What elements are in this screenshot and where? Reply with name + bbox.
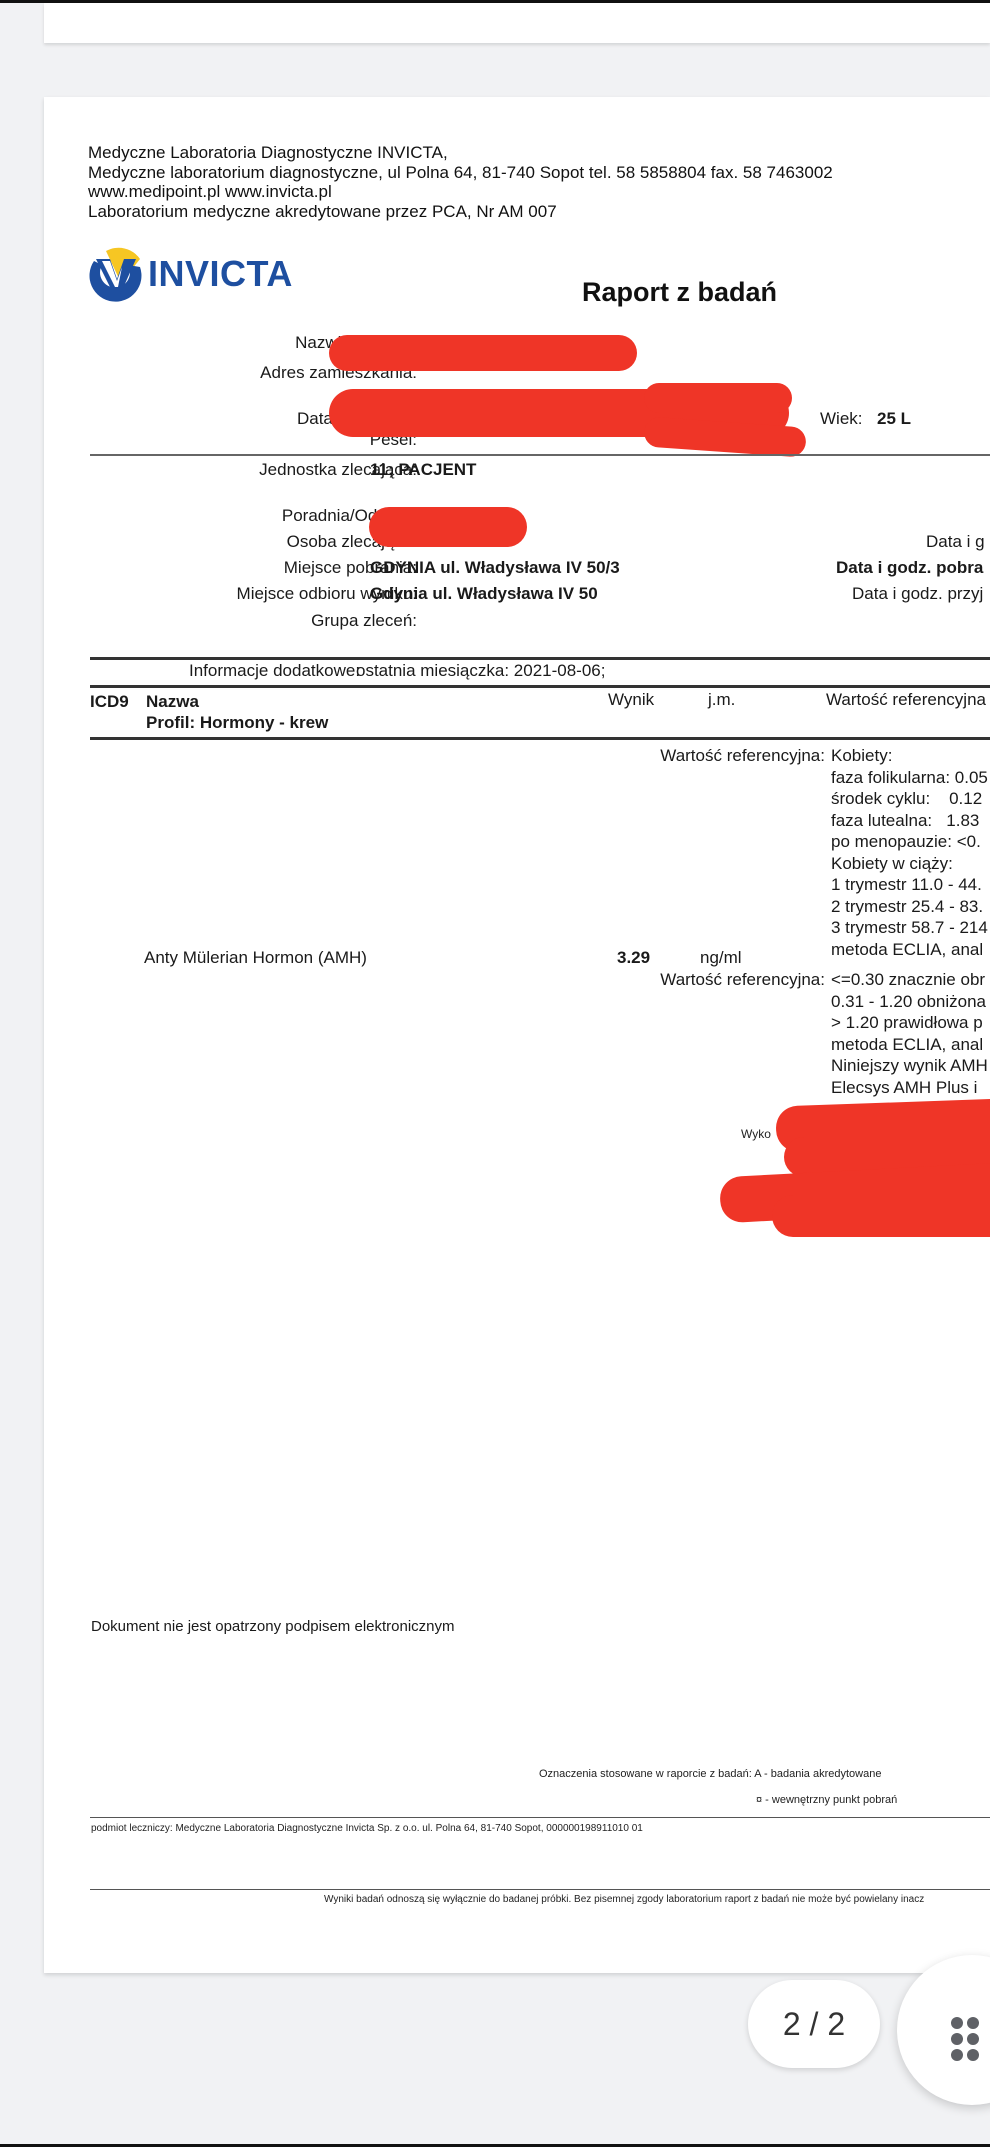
- divider: [90, 737, 990, 740]
- page-title: Raport z badań: [582, 277, 777, 308]
- profile-name: Profil: Hormony - krew: [146, 713, 328, 733]
- col-result: Wynik: [608, 690, 654, 710]
- redaction-birth-date-extra: [644, 383, 792, 413]
- test-unit: ng/ml: [700, 948, 742, 968]
- order-date-label: Data i g: [926, 532, 985, 552]
- col-name: Nazwa: [146, 692, 199, 712]
- legend-internal-point: ¤ - wewnętrzny punkt pobrań: [756, 1794, 897, 1806]
- reference-label: Wartość referencyjna:: [660, 745, 825, 767]
- reference-line: Niniejszy wynik AMH: [831, 1055, 988, 1077]
- age-value: 25 L: [877, 409, 911, 429]
- age-label: Wiek:: [820, 409, 863, 429]
- redaction-name: [329, 335, 637, 371]
- reference-line: 0.31 - 1.20 obniżona: [831, 991, 988, 1013]
- reference-label: Wartość referencyjna:: [660, 969, 825, 991]
- header-line: Laboratorium medyczne akredytowane przez…: [88, 202, 833, 222]
- divider: [90, 1889, 990, 1890]
- header-line: www.medipoint.pl www.invicta.pl: [88, 182, 833, 202]
- grid-dots-icon: [951, 2017, 979, 2061]
- header-line: Medyczne laboratorium diagnostyczne, ul …: [88, 163, 833, 183]
- page-indicator[interactable]: 2 / 2: [748, 1980, 880, 2068]
- invicta-v-logo-icon: [88, 247, 144, 303]
- divider: [90, 1817, 990, 1818]
- extra-info-value: ostatnia miesiączka: 2021-08-06;: [356, 661, 605, 681]
- legend-accredited: Oznaczenia stosowane w raporcie z badań:…: [539, 1768, 881, 1780]
- reference-line: Kobiety:: [831, 745, 988, 767]
- reference-line: Kobiety w ciąży:: [831, 853, 988, 875]
- receipt-date-label: Data i godz. przyj: [852, 584, 983, 604]
- reference-line: faza folikularna: 0.05: [831, 767, 988, 789]
- reference-line: 2 trymestr 25.4 - 83.: [831, 896, 988, 918]
- lab-header: Medyczne Laboratoria Diagnostyczne INVIC…: [88, 143, 833, 221]
- disclaimer: Wyniki badań odnoszą się wyłącznie do ba…: [324, 1894, 924, 1905]
- reference-line: > 1.20 prawidłowa p: [831, 1012, 988, 1034]
- test-result: 3.29: [617, 948, 650, 968]
- reference-line: 3 trymestr 58.7 - 214: [831, 917, 988, 939]
- collection-date-label: Data i godz. pobra: [836, 558, 983, 578]
- extra-info-label: Informacje dodatkowe:: [189, 661, 360, 681]
- previous-page[interactable]: [44, 3, 990, 43]
- document-page: Medyczne Laboratoria Diagnostyczne INVIC…: [44, 97, 990, 1973]
- reference-line: metoda ECLIA, anal: [831, 1034, 988, 1056]
- redaction-performer-4: [772, 1195, 990, 1237]
- signature-note: Dokument nie jest opatrzony podpisem ele…: [91, 1618, 455, 1635]
- reference-line: po menopauzie: <0.: [831, 831, 988, 853]
- header-line: Medyczne Laboratoria Diagnostyczne INVIC…: [88, 143, 833, 163]
- collection-place-value: GDYNIA ul. Władysława IV 50/3: [370, 558, 620, 578]
- reference-block-1: Kobiety: faza folikularna: 0.05 środek c…: [831, 745, 988, 960]
- reference-line: środek cyklu: 0.12: [831, 788, 988, 810]
- reference-line: Elecsys AMH Plus i: [831, 1077, 988, 1099]
- order-group-label: Grupa zleceń:: [311, 611, 417, 631]
- reference-line: <=0.30 znacznie obr: [831, 969, 988, 991]
- entity-info: podmiot leczniczy: Medyczne Laboratoria …: [91, 1823, 643, 1834]
- divider: [90, 454, 990, 456]
- invicta-logo: INVICTA: [88, 247, 318, 303]
- viewer-menu-button[interactable]: [897, 1955, 990, 2105]
- divider: [90, 657, 990, 660]
- col-reference: Wartość referencyjna: [826, 690, 986, 710]
- ordering-unit-value: 11; PACJENT: [370, 460, 476, 480]
- test-name: Anty Mülerian Hormon (AMH): [144, 948, 367, 968]
- reference-line: faza lutealna: 1.83: [831, 810, 988, 832]
- reference-block-2: <=0.30 znacznie obr 0.31 - 1.20 obniżona…: [831, 969, 988, 1098]
- logo-text: INVICTA: [148, 253, 293, 295]
- col-icd9: ICD9: [90, 692, 129, 712]
- col-unit: j.m.: [708, 690, 735, 710]
- divider: [90, 685, 990, 688]
- reference-line: 1 trymestr 11.0 - 44.: [831, 874, 988, 896]
- reference-line: metoda ECLIA, anal: [831, 939, 988, 961]
- performed-by-label: Wyko: [741, 1127, 771, 1141]
- pickup-place-value: Gdynia ul. Władysława IV 50: [370, 584, 598, 604]
- redaction-ordering-person: [369, 507, 527, 547]
